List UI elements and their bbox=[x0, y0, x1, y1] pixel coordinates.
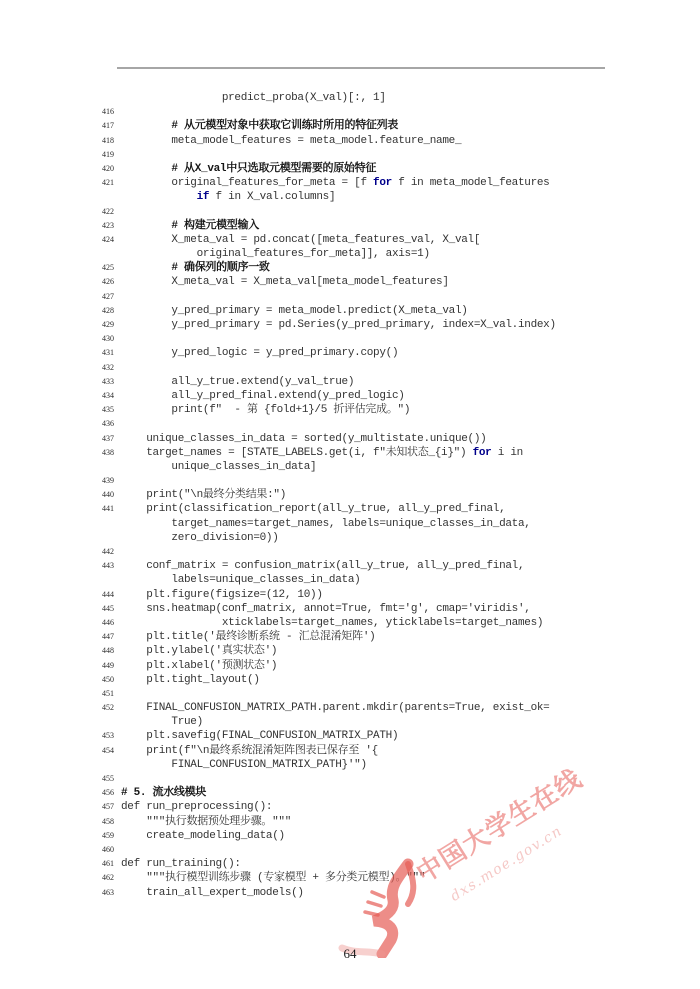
code-text: # 从X_val中只选取元模型需要的原始特征 bbox=[121, 162, 376, 176]
line-number: 433 bbox=[98, 375, 114, 389]
code-line: 432 bbox=[98, 361, 658, 375]
line-number: 431 bbox=[98, 346, 114, 360]
code-line: 454 print(f"\n最终系统混淆矩阵图表已保存至 '{ bbox=[98, 744, 658, 758]
code-text: # 构建元模型输入 bbox=[121, 219, 259, 233]
line-number: 438 bbox=[98, 446, 114, 460]
code-line: 426 X_meta_val = X_meta_val[meta_model_f… bbox=[98, 275, 658, 289]
line-number: 443 bbox=[98, 559, 114, 573]
code-text: y_pred_logic = y_pred_primary.copy() bbox=[121, 346, 398, 360]
code-line: 436 bbox=[98, 417, 658, 431]
code-text: xticklabels=target_names, yticklabels=ta… bbox=[121, 616, 543, 630]
code-line: FINAL_CONFUSION_MATRIX_PATH}'") bbox=[98, 758, 658, 772]
code-line: 433 all_y_true.extend(y_val_true) bbox=[98, 375, 658, 389]
code-line: 462 """执行模型训练步骤 (专家模型 + 多分类元模型)。""" bbox=[98, 871, 658, 885]
code-line: 438 target_names = [STATE_LABELS.get(i, … bbox=[98, 446, 658, 460]
code-text: y_pred_primary = meta_model.predict(X_me… bbox=[121, 304, 468, 318]
code-line: 431 y_pred_logic = y_pred_primary.copy() bbox=[98, 346, 658, 360]
code-line: zero_division=0)) bbox=[98, 531, 658, 545]
code-text: # 确保列的顺序一致 bbox=[121, 261, 270, 275]
code-line: original_features_for_meta]], axis=1) bbox=[98, 247, 658, 261]
line-number: 430 bbox=[98, 332, 114, 346]
line-number: 444 bbox=[98, 588, 114, 602]
code-line: 449 plt.xlabel('预测状态') bbox=[98, 659, 658, 673]
code-line: 429 y_pred_primary = pd.Series(y_pred_pr… bbox=[98, 318, 658, 332]
line-number: 459 bbox=[98, 829, 114, 843]
code-line: 455 bbox=[98, 772, 658, 786]
code-text: y_pred_primary = pd.Series(y_pred_primar… bbox=[121, 318, 556, 332]
line-number: 428 bbox=[98, 304, 114, 318]
code-text: if f in X_val.columns] bbox=[121, 190, 335, 204]
code-line: 460 bbox=[98, 843, 658, 857]
line-number: 460 bbox=[98, 843, 114, 857]
line-number: 449 bbox=[98, 659, 114, 673]
line-number: 427 bbox=[98, 290, 114, 304]
page-number: 64 bbox=[0, 946, 700, 962]
code-line: 442 bbox=[98, 545, 658, 559]
code-line: if f in X_val.columns] bbox=[98, 190, 658, 204]
line-number: 454 bbox=[98, 744, 114, 758]
code-line: 461 def run_training(): bbox=[98, 857, 658, 871]
line-number: 421 bbox=[98, 176, 114, 190]
code-line: 451 bbox=[98, 687, 658, 701]
code-text: """执行模型训练步骤 (专家模型 + 多分类元模型)。""" bbox=[121, 871, 425, 885]
line-number: 461 bbox=[98, 857, 114, 871]
code-text: # 从元模型对象中获取它训练时所用的特征列表 bbox=[121, 119, 398, 133]
code-line: 428 y_pred_primary = meta_model.predict(… bbox=[98, 304, 658, 318]
header-rule bbox=[117, 67, 605, 69]
line-number: 416 bbox=[98, 105, 114, 119]
code-line: 420 # 从X_val中只选取元模型需要的原始特征 bbox=[98, 162, 658, 176]
document-page: predict_proba(X_val)[:, 1] 416 417 # 从元模… bbox=[0, 0, 700, 989]
line-number: 420 bbox=[98, 162, 114, 176]
code-text: X_meta_val = X_meta_val[meta_model_featu… bbox=[121, 275, 449, 289]
code-text: all_y_true.extend(y_val_true) bbox=[121, 375, 354, 389]
code-line: 456 # 5. 流水线模块 bbox=[98, 786, 658, 800]
code-text: zero_division=0)) bbox=[121, 531, 279, 545]
code-text: plt.title('最终诊断系统 - 汇总混淆矩阵') bbox=[121, 630, 375, 644]
code-line: 416 bbox=[98, 105, 658, 119]
code-line: 444 plt.figure(figsize=(12, 10)) bbox=[98, 588, 658, 602]
code-text: def run_training(): bbox=[121, 857, 241, 871]
code-line: 434 all_y_pred_final.extend(y_pred_logic… bbox=[98, 389, 658, 403]
line-number: 440 bbox=[98, 488, 114, 502]
code-line: 448 plt.ylabel('真实状态') bbox=[98, 644, 658, 658]
code-text: unique_classes_in_data = sorted(y_multis… bbox=[121, 432, 486, 446]
code-line: 441 print(classification_report(all_y_tr… bbox=[98, 502, 658, 516]
code-line: labels=unique_classes_in_data) bbox=[98, 573, 658, 587]
code-line: target_names=target_names, labels=unique… bbox=[98, 517, 658, 531]
line-number: 463 bbox=[98, 886, 114, 900]
line-number: 439 bbox=[98, 474, 114, 488]
code-line: 419 bbox=[98, 148, 658, 162]
code-text: labels=unique_classes_in_data) bbox=[121, 573, 360, 587]
code-text: plt.ylabel('真实状态') bbox=[121, 644, 277, 658]
line-number: 453 bbox=[98, 729, 114, 743]
code-line: 458 """执行数据预处理步骤。""" bbox=[98, 815, 658, 829]
code-line: 437 unique_classes_in_data = sorted(y_mu… bbox=[98, 432, 658, 446]
code-text: print("\n最终分类结果:") bbox=[121, 488, 286, 502]
code-line: 443 conf_matrix = confusion_matrix(all_y… bbox=[98, 559, 658, 573]
code-line: 418 meta_model_features = meta_model.fea… bbox=[98, 134, 658, 148]
code-text: predict_proba(X_val)[:, 1] bbox=[121, 91, 386, 105]
line-number: 441 bbox=[98, 502, 114, 516]
code-line: 450 plt.tight_layout() bbox=[98, 673, 658, 687]
code-line: 440 print("\n最终分类结果:") bbox=[98, 488, 658, 502]
code-text: X_meta_val = pd.concat([meta_features_va… bbox=[121, 233, 480, 247]
line-number: 423 bbox=[98, 219, 114, 233]
line-number: 435 bbox=[98, 403, 114, 417]
code-line: 430 bbox=[98, 332, 658, 346]
code-text: plt.savefig(FINAL_CONFUSION_MATRIX_PATH) bbox=[121, 729, 398, 743]
code-listing: predict_proba(X_val)[:, 1] 416 417 # 从元模… bbox=[98, 91, 658, 900]
line-number: 457 bbox=[98, 800, 114, 814]
code-text: target_names = [STATE_LABELS.get(i, f"未知… bbox=[121, 446, 523, 460]
code-text: sns.heatmap(conf_matrix, annot=True, fmt… bbox=[121, 602, 531, 616]
line-number: 422 bbox=[98, 205, 114, 219]
code-text: """执行数据预处理步骤。""" bbox=[121, 815, 291, 829]
code-line: 421 original_features_for_meta = [f for … bbox=[98, 176, 658, 190]
code-line: 424 X_meta_val = pd.concat([meta_feature… bbox=[98, 233, 658, 247]
code-line: 452 FINAL_CONFUSION_MATRIX_PATH.parent.m… bbox=[98, 701, 658, 715]
code-line: 422 bbox=[98, 205, 658, 219]
line-number: 455 bbox=[98, 772, 114, 786]
code-line: 439 bbox=[98, 474, 658, 488]
code-text: print(classification_report(all_y_true, … bbox=[121, 502, 505, 516]
code-line: 463 train_all_expert_models() bbox=[98, 886, 658, 900]
code-text: all_y_pred_final.extend(y_pred_logic) bbox=[121, 389, 405, 403]
line-number: 450 bbox=[98, 673, 114, 687]
line-number: 462 bbox=[98, 871, 114, 885]
line-number: 418 bbox=[98, 134, 114, 148]
line-number: 419 bbox=[98, 148, 114, 162]
code-line: 457 def run_preprocessing(): bbox=[98, 800, 658, 814]
line-number: 434 bbox=[98, 389, 114, 403]
code-text: original_features_for_meta = [f for f in… bbox=[121, 176, 549, 190]
line-number: 417 bbox=[98, 119, 114, 133]
code-line: 446 xticklabels=target_names, yticklabel… bbox=[98, 616, 658, 630]
code-line: 447 plt.title('最终诊断系统 - 汇总混淆矩阵') bbox=[98, 630, 658, 644]
code-text: target_names=target_names, labels=unique… bbox=[121, 517, 531, 531]
line-number: 424 bbox=[98, 233, 114, 247]
code-text: plt.figure(figsize=(12, 10)) bbox=[121, 588, 323, 602]
code-line: 453 plt.savefig(FINAL_CONFUSION_MATRIX_P… bbox=[98, 729, 658, 743]
code-text: print(f" - 第 {fold+1}/5 折评估完成。") bbox=[121, 403, 410, 417]
code-text: plt.xlabel('预测状态') bbox=[121, 659, 277, 673]
line-number: 446 bbox=[98, 616, 114, 630]
line-number: 437 bbox=[98, 432, 114, 446]
line-number: 429 bbox=[98, 318, 114, 332]
code-text: unique_classes_in_data] bbox=[121, 460, 316, 474]
code-text: True) bbox=[121, 715, 203, 729]
code-text: FINAL_CONFUSION_MATRIX_PATH.parent.mkdir… bbox=[121, 701, 549, 715]
code-line: predict_proba(X_val)[:, 1] bbox=[98, 91, 658, 105]
code-line: unique_classes_in_data] bbox=[98, 460, 658, 474]
code-text: create_modeling_data() bbox=[121, 829, 285, 843]
line-number: 452 bbox=[98, 701, 114, 715]
line-number: 448 bbox=[98, 644, 114, 658]
line-number: 442 bbox=[98, 545, 114, 559]
code-text: conf_matrix = confusion_matrix(all_y_tru… bbox=[121, 559, 524, 573]
code-line: 435 print(f" - 第 {fold+1}/5 折评估完成。") bbox=[98, 403, 658, 417]
line-number: 432 bbox=[98, 361, 114, 375]
code-text: FINAL_CONFUSION_MATRIX_PATH}'") bbox=[121, 758, 367, 772]
line-number: 456 bbox=[98, 786, 114, 800]
code-line: True) bbox=[98, 715, 658, 729]
line-number: 425 bbox=[98, 261, 114, 275]
code-line: 423 # 构建元模型输入 bbox=[98, 219, 658, 233]
line-number: 426 bbox=[98, 275, 114, 289]
code-line: 425 # 确保列的顺序一致 bbox=[98, 261, 658, 275]
line-number: 451 bbox=[98, 687, 114, 701]
code-text: def run_preprocessing(): bbox=[121, 800, 272, 814]
code-line: 417 # 从元模型对象中获取它训练时所用的特征列表 bbox=[98, 119, 658, 133]
code-text: meta_model_features = meta_model.feature… bbox=[121, 134, 461, 148]
code-line: 459 create_modeling_data() bbox=[98, 829, 658, 843]
code-text: plt.tight_layout() bbox=[121, 673, 260, 687]
line-number: 447 bbox=[98, 630, 114, 644]
code-line: 445 sns.heatmap(conf_matrix, annot=True,… bbox=[98, 602, 658, 616]
line-number: 436 bbox=[98, 417, 114, 431]
code-text: train_all_expert_models() bbox=[121, 886, 304, 900]
code-text: original_features_for_meta]], axis=1) bbox=[121, 247, 430, 261]
code-text: # 5. 流水线模块 bbox=[121, 786, 206, 800]
line-number: 458 bbox=[98, 815, 114, 829]
code-text: print(f"\n最终系统混淆矩阵图表已保存至 '{ bbox=[121, 744, 378, 758]
code-line: 427 bbox=[98, 290, 658, 304]
line-number: 445 bbox=[98, 602, 114, 616]
